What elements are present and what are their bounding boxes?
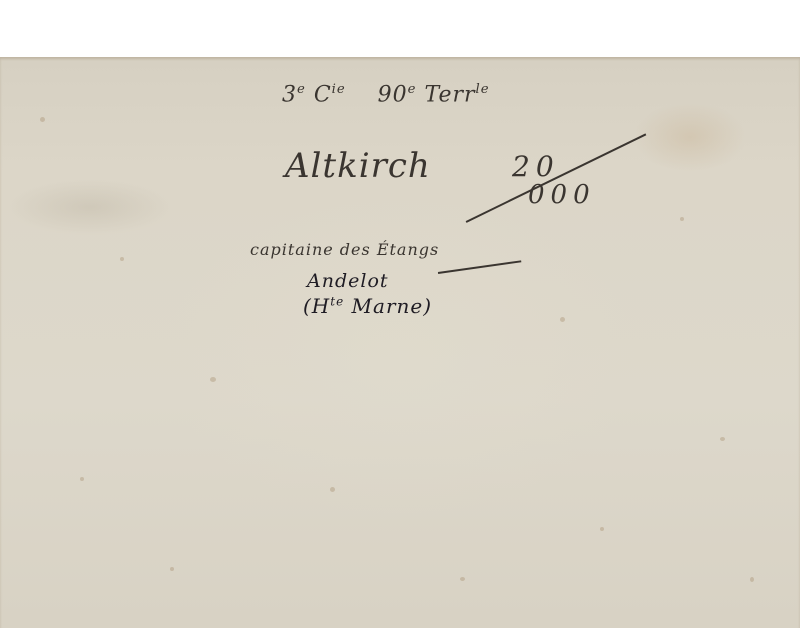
officer-name: capitaine des Étangs [250, 240, 439, 259]
town-name: Andelot [307, 270, 389, 292]
foxing-spot [460, 577, 465, 581]
company-suffix: ie [332, 82, 346, 97]
foxing-spot [210, 377, 216, 382]
foxing-spot [40, 117, 45, 122]
department-prefix: (H [303, 294, 330, 318]
unit-designation: 3e Cie 90e Terrle [282, 82, 490, 107]
company-abbrev: C [314, 82, 332, 107]
document-page: 3e Cie 90e Terrle Altkirch 20 000 capita… [0, 0, 800, 628]
foxing-spot [120, 257, 124, 261]
foxing-spot [680, 217, 684, 221]
foxing-spot [600, 527, 604, 531]
scale-denominator: 000 [528, 180, 596, 210]
foxing-spot [330, 487, 335, 492]
department-label: Marne) [344, 294, 432, 318]
aged-paper-sheet [0, 57, 800, 628]
place-name: Altkirch [285, 146, 431, 186]
department-name: (Hte Marne) [303, 294, 432, 318]
regiment-type-suffix: le [476, 82, 490, 97]
ordinal-suffix: e [297, 82, 306, 97]
foxing-spot [170, 567, 174, 571]
foxing-spot [80, 477, 84, 481]
regiment-type: Terr [416, 82, 475, 107]
company-number: 3 [282, 82, 297, 107]
foxing-spot [720, 437, 725, 441]
regiment-number: 90 [378, 82, 408, 107]
foxing-spot [560, 317, 565, 322]
department-suffix: te [330, 294, 344, 308]
foxing-spot [750, 577, 754, 582]
